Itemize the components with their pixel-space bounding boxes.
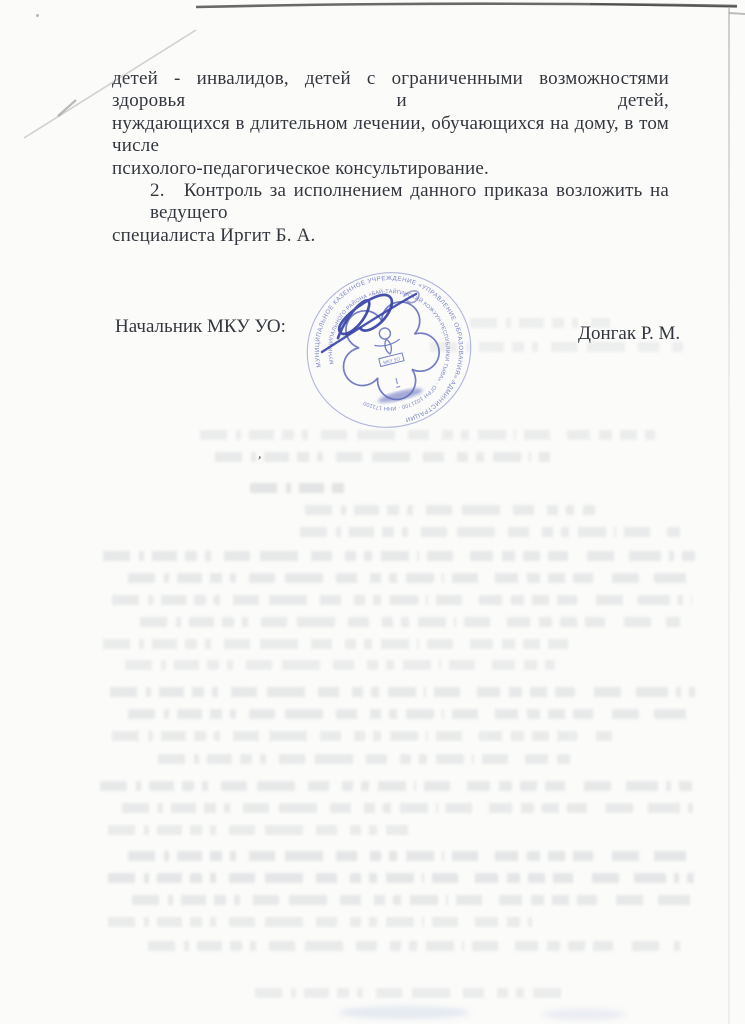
bleedthrough-line xyxy=(112,731,612,741)
bleedthrough-line xyxy=(125,660,555,670)
text-line: нуждающихся в длительном лечении, обучаю… xyxy=(112,113,669,158)
bottom-smudge xyxy=(338,1006,470,1019)
bleedthrough-line xyxy=(140,617,680,627)
signer-title-label: Начальник МКУ УО: xyxy=(115,316,286,338)
bleedthrough-line xyxy=(110,687,695,697)
scan-page-edge-line xyxy=(728,8,730,1024)
bleedthrough-line xyxy=(430,342,685,352)
bleedthrough-line xyxy=(103,551,698,561)
bleedthrough-line xyxy=(305,505,595,515)
text-line: психолого-педагогическое консультировани… xyxy=(112,158,669,180)
bleedthrough-line xyxy=(148,941,680,951)
text-line: детей - инвалидов, детей с ограниченными… xyxy=(112,68,669,113)
text-line: специалиста Иргит Б. А. xyxy=(112,225,669,247)
bottom-smudge xyxy=(542,1009,626,1020)
bleedthrough-line xyxy=(103,639,583,649)
bleedthrough-line xyxy=(215,452,550,462)
bleedthrough-line xyxy=(122,803,694,813)
bleedthrough-line xyxy=(108,917,532,927)
bleedthrough-line xyxy=(128,709,694,719)
handwritten-signature xyxy=(316,282,436,362)
bleedthrough-line xyxy=(108,825,408,835)
bleedthrough-line xyxy=(112,595,692,605)
bleedthrough-line xyxy=(200,430,655,440)
scan-speck xyxy=(36,14,39,17)
bleedthrough-line xyxy=(158,754,578,764)
text-line: 2. Контроль за исполнением данного прика… xyxy=(112,180,669,225)
bleedthrough-line xyxy=(255,988,567,998)
bleedthrough-line xyxy=(128,573,694,583)
bleedthrough-line xyxy=(300,527,680,537)
bleedthrough-line xyxy=(470,318,610,328)
bleedthrough-line xyxy=(108,873,694,883)
order-body-text: детей - инвалидов, детей с ограниченными… xyxy=(112,68,669,247)
bleedthrough-line xyxy=(100,781,698,791)
bleedthrough-line xyxy=(250,483,345,493)
bleedthrough-line xyxy=(128,851,690,861)
scanned-document-page: детей - инвалидов, детей с ограниченными… xyxy=(0,0,745,1024)
bleedthrough-line xyxy=(132,895,690,905)
